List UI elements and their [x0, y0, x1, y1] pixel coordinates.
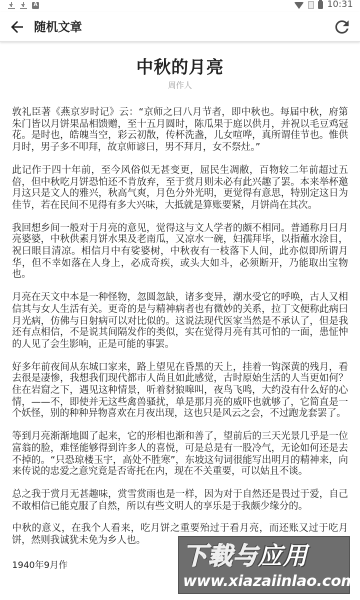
article-author: 周作人: [0, 80, 360, 91]
article-paragraph: 总之我于赏月无甚趣味，赏雪赏雨也是一样，因为对于自然还是畏过于爱，自己不敢相信已…: [12, 489, 348, 512]
watermark-title-mid: 与: [233, 542, 258, 570]
watermark-title-outline: 下载: [183, 542, 233, 570]
article-title: 中秋的月亮: [0, 57, 360, 79]
back-button[interactable]: [8, 18, 26, 36]
app-bar: 随机文章: [0, 12, 360, 42]
battery-icon: [318, 1, 323, 9]
article-paragraph: 等到月亮渐渐地圆了起来，它的形相也渐和善了，望前后的三天光景几乎是一位富翁的脸，…: [12, 431, 348, 478]
status-bar-system: 10:31: [294, 0, 353, 10]
watermark-title: 下载与应用: [183, 541, 345, 571]
status-time: 10:31: [327, 0, 353, 10]
article-scroll-area[interactable]: 中秋的月亮 周作人 敦礼臣著《燕京岁时记》云：“京师之曰八月节者，即中秋也。每届…: [0, 43, 360, 600]
article-paragraph: 月亮在天文中本是一种怪物，忽圆忽缺，诸多变异，潮水受它的呼唤，古人又相信其与女人…: [12, 292, 348, 351]
download-icon: [8, 1, 15, 10]
app-title: 随机文章: [34, 19, 82, 35]
status-bar-notifications: A: [8, 1, 39, 10]
article-paragraph: 好多年前夜间从东城口家来，路上望见在昏黑的天上，挂着一钩深黄的残月，看去很是凄惨…: [12, 362, 348, 421]
no-sim-icon: [308, 1, 314, 9]
refresh-button[interactable]: [332, 17, 352, 37]
status-bar: A 10:31: [0, 0, 360, 12]
article-paragraph: 此记作于四十年前，至今风俗似无甚变更，屈民生凋敝，百物较二年前超过五倍，但中秋吃…: [12, 165, 348, 212]
arrow-left-icon: [8, 18, 26, 36]
watermark-logo: 下载与应用 www.xiazaiinlao.com: [178, 536, 350, 594]
a-badge-icon: A: [32, 2, 39, 9]
download-icon: [20, 1, 27, 10]
watermark-title-solid: 应用: [258, 542, 308, 570]
wifi-icon: [294, 2, 304, 9]
refresh-icon: [332, 17, 352, 37]
watermark-url: www.xiazaiinlao.com: [183, 572, 345, 590]
article-paragraph: 敦礼臣著《燕京岁时记》云：“京师之曰八月节者，即中秋也。每届中秋，府第朱门皆以月…: [12, 107, 348, 154]
article-paragraph: 我回想乡间一般对于月亮的意见，觉得这与文人学者的颇不相同。普通称月曰月亮婆婆，中…: [12, 223, 348, 282]
article-body: 敦礼臣著《燕京岁时记》云：“京师之曰八月节者，即中秋也。每届中秋，府第朱门皆以月…: [0, 107, 360, 547]
